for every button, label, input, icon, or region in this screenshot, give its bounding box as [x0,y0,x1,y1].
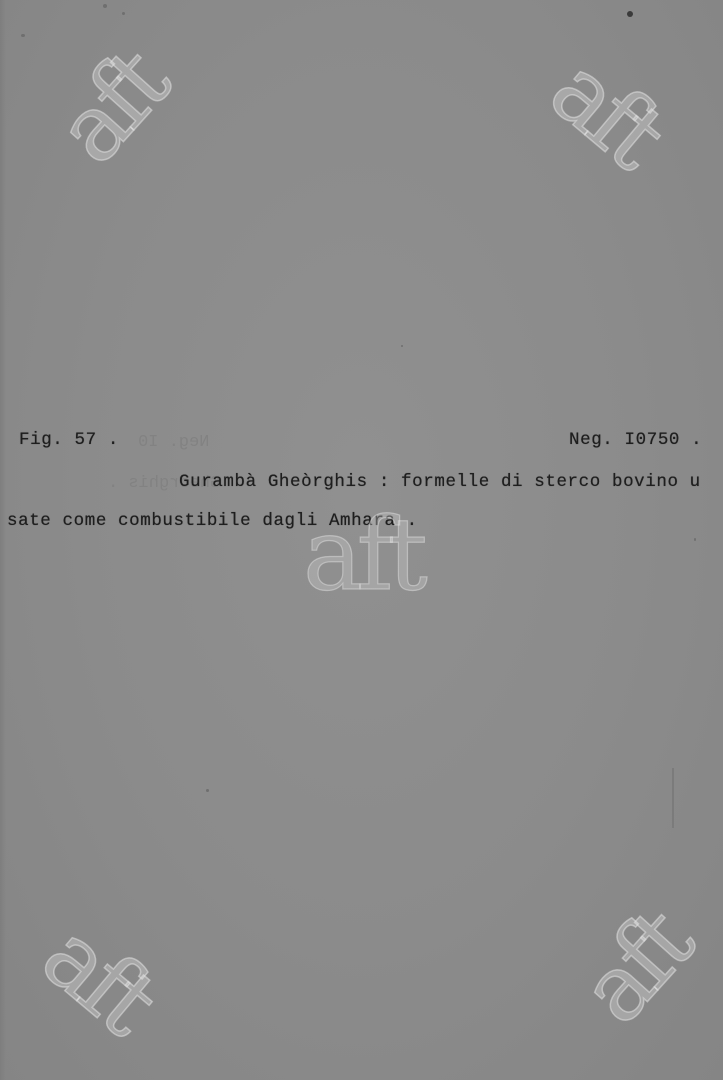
dust-speck [694,538,696,541]
dust-speck [103,4,107,8]
caption-line-1: Gurambà Gheòrghis : formelle di sterco b… [179,472,701,492]
film-scratch [672,768,674,828]
caption-line-2: sate come combustibile dagli Amhara . [7,511,418,531]
aft-logo-watermark-icon: aft [535,42,677,182]
dust-speck [401,345,403,347]
aft-logo-watermark-icon: aft [566,897,707,1039]
bleed-through-text: Neg. I0 [138,433,209,452]
dust-speck [627,11,633,17]
document-page: Neg. I0 Gheorghis . Fig. 57 . Neg. I0750… [0,0,723,1080]
dust-speck [21,34,25,37]
negative-number: Neg. I0750 . [569,430,702,450]
page-edge-shadow [0,0,6,1080]
aft-logo-watermark-icon: aft [27,908,169,1048]
dust-speck [122,12,125,15]
aft-logo-watermark-icon: aft [42,37,183,179]
figure-number: Fig. 57 . [19,430,119,450]
dust-speck [206,789,209,792]
